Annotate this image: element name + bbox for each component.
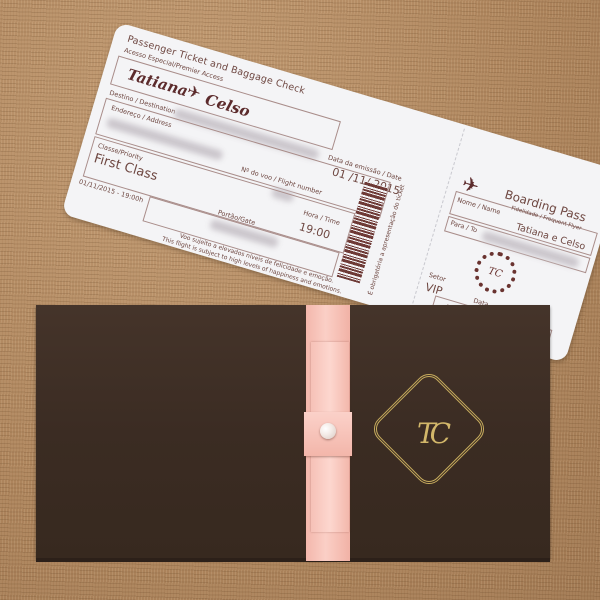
envelope-fold	[36, 558, 550, 562]
monogram-letters: TC	[417, 417, 445, 450]
stub-sector-value: VIP	[424, 280, 444, 297]
pearl-embellishment	[320, 423, 336, 439]
envelope-monogram: TC	[376, 372, 486, 494]
stub-monogram-letters: TC	[487, 265, 504, 280]
stub-monogram-crest: TC	[469, 246, 521, 298]
